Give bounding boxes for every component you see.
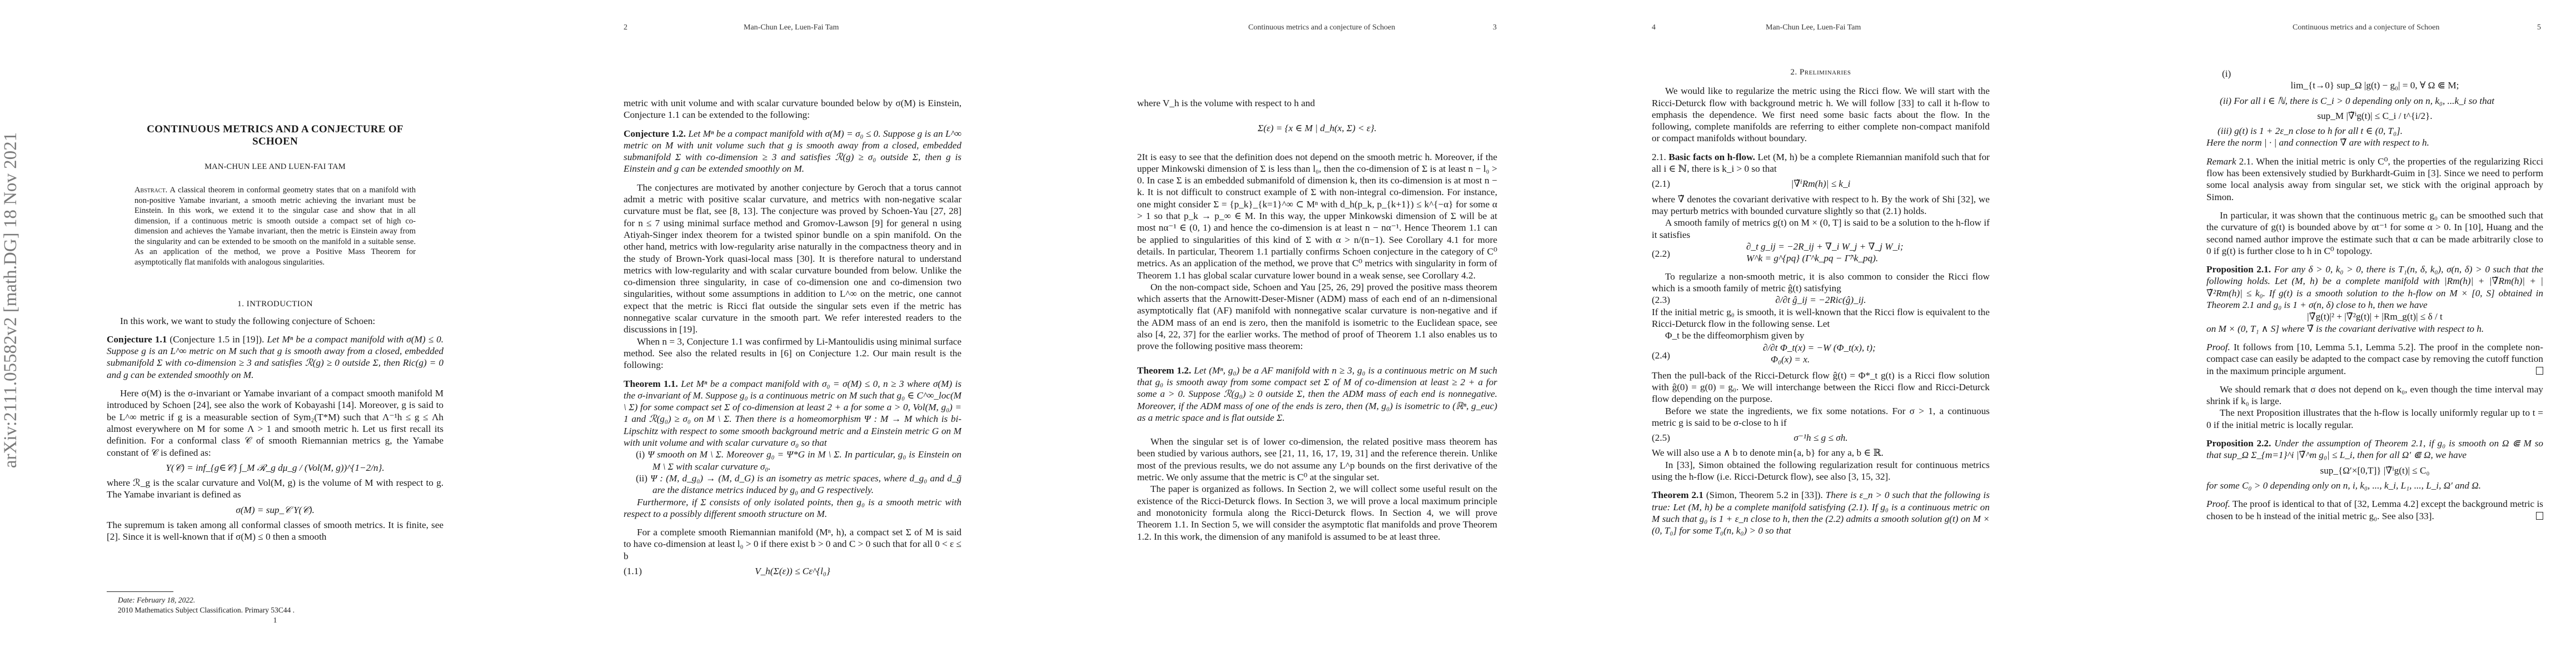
running-head: Man-Chun Lee, Luen-Fai Tam [744, 23, 839, 32]
page-5-body: (i) lim_{t→0} sup_Ω |g(t) − g₀| = 0, ∀ Ω… [2206, 68, 2543, 522]
paragraph: where V_h is the volume with respect to … [1137, 97, 1497, 109]
theorem-furthermore: Furthermore, if Σ consists of only isola… [624, 496, 961, 520]
theorem-item-i: (i) Ψ smooth on M \ Σ. Moreover g₀ = Ψ*G… [624, 449, 961, 472]
paragraph: The paper is organized as follows. In Se… [1137, 483, 1497, 542]
conjecture-1-2: Conjecture 1.2. Let Mⁿ be a compact mani… [624, 128, 961, 175]
paragraph: For a complete smooth Riemannian manifol… [624, 526, 961, 562]
paragraph: Before we state the ingredients, we fix … [1652, 405, 1990, 429]
footnote-msc: 2010 Mathematics Subject Classification.… [107, 605, 444, 615]
paragraph: When the singular set is of lower co-dim… [1137, 436, 1497, 483]
equation-yamabe-constant: Y(𝒞) = inf_{g∈𝒞} ∫_M ℛ_g dμ_g / (Vol(M, … [107, 462, 444, 474]
equation-1-1: (1.1) V_h(Σ(ε)) ≤ Cε^{l₀} [624, 565, 961, 577]
prop-2-1-tail: on M × (0, T₁ ∧ S] where ∇̃ is the covar… [2206, 323, 2543, 335]
equation-2-4: (2.4) ∂/∂t Φ_t(x) = −W (Φ_t(x), t); Φ₀(x… [1652, 342, 1990, 370]
equation-limit: lim_{t→0} sup_Ω |g(t) − g₀| = 0, ∀ Ω ⋐ M… [2206, 79, 2543, 91]
paragraph: where ℛ_g is the scalar curvature and Vo… [107, 477, 444, 501]
paragraph: Φ_t be the diffeomorphism given by [1652, 330, 1990, 341]
paragraph: where ∇̃ denotes the covariant derivativ… [1652, 193, 1990, 217]
equation-sup-derivative: sup_M |∇̃ⁱg(t)| ≤ C_i / t^{i/2}. [2206, 110, 2543, 122]
qed-box-icon [2536, 367, 2543, 375]
conjecture-1-1: Conjecture 1.1 (Conjecture 1.5 in [19]).… [107, 333, 444, 381]
paragraph: We should remark that σ does not depend … [2206, 384, 2543, 407]
subsection-2-1: 2.1. Basic facts on h-flow. Let (M, h) b… [1652, 151, 1990, 175]
item-iii: (iii) g(t) is 1 + 2ε_n close to h for al… [2206, 125, 2543, 137]
section-heading-introduction: 1. INTRODUCTION [107, 298, 444, 310]
paragraph: In [33], Simon obtained the following re… [1652, 459, 1990, 483]
paragraph: Here σ(M) is the σ-invariant or Yamabe i… [107, 387, 444, 459]
paragraph: metric with unit volume and with scalar … [624, 97, 961, 121]
intro-paragraph: In this work, we want to study the follo… [107, 315, 444, 327]
equation-2-2: (2.2) ∂_t g_ij = −2R_ij + ∇_i W_j + ∇_j … [1652, 241, 1990, 267]
footnotes: Date: February 18, 2022. 2010 Mathematic… [107, 588, 444, 625]
qed-box-icon [2536, 512, 2543, 520]
theorem-1-2: Theorem 1.2. Let (Mⁿ, g₀) be a AF manifo… [1137, 365, 1497, 424]
paragraph: We would like to regularize the metric u… [1652, 85, 1990, 144]
running-head: Man-Chun Lee, Luen-Fai Tam [1766, 23, 1861, 32]
paragraph: The next Proposition illustrates that th… [2206, 407, 2543, 431]
equation-prop-2-1: |∇̃g(t)|² + |∇̃²g(t)| + |Rm_g(t)| ≤ δ / … [2206, 311, 2543, 322]
paragraph: Then the pull-back of the Ricci-Deturck … [1652, 370, 1990, 405]
page-number: 5 [2537, 23, 2541, 32]
proposition-2-1: Proposition 2.1. For any δ > 0, k₀ > 0, … [2206, 263, 2543, 311]
paragraph: To regularize a non-smooth metric, it is… [1652, 271, 1990, 295]
theorem-1-1: Theorem 1.1. Let Mⁿ be a compact manifol… [624, 378, 961, 449]
footnote-rule [107, 591, 173, 592]
page-5: Continuous metrics and a conjecture of S… [2168, 0, 2576, 667]
page-number: 3 [1493, 23, 1497, 32]
equation-2-3: (2.3) ∂/∂t ĝ_ij = −2Ric(ĝ)_ij. [1652, 294, 1990, 306]
item-ii: (ii) For all i ∈ ℕ, there is C_i > 0 dep… [2206, 95, 2543, 107]
remark-2-1: Remark 2.1. When the initial metric is o… [2206, 156, 2543, 203]
theorem-2-1: Theorem 2.1 (Simon, Theorem 5.2 in [33])… [1652, 489, 1990, 536]
paragraph: We will also use a ∧ b to denote min{a, … [1652, 447, 1990, 459]
equation-sigma-epsilon: Σ(ε) = {x ∈ M | d_h(x, Σ) < ε}. [1137, 122, 1497, 134]
paragraph: 2It is easy to see that the definition d… [1137, 151, 1497, 281]
authors: MAN-CHUN LEE AND LUEN-FAI TAM [107, 161, 444, 173]
paragraph: The conjectures are motivated by another… [624, 182, 961, 336]
arxiv-stamp: arXiv:2111.05582v2 [math.DG] 18 Nov 2021 [2, 94, 19, 506]
page-3: Continuous metrics and a conjecture of S… [1137, 0, 1504, 667]
equation-2-5: (2.5) σ⁻¹h ≤ g ≤ σh. [1652, 432, 1990, 444]
equation-prop-2-2: sup_{Ω′×[0,T]} |∇̃ⁱg(t)| ≤ C₀ [2206, 465, 2543, 476]
running-head: Continuous metrics and a conjecture of S… [2293, 23, 2439, 32]
running-head: Continuous metrics and a conjecture of S… [1248, 23, 1395, 32]
paragraph: In particular, it was shown that the con… [2206, 210, 2543, 257]
page-number: 4 [1652, 23, 1656, 32]
equation-2-1: (2.1) |∇̃ⁱRm(h)| ≤ k_i [1652, 178, 1990, 190]
abstract: Abstract. A classical theorem in conform… [134, 185, 416, 267]
paragraph: On the non-compact side, Schoen and Yau … [1137, 281, 1497, 352]
footnote-date: Date: February 18, 2022. [107, 595, 444, 605]
abstract-label: Abstract. [134, 186, 167, 195]
page-2-body: metric with unit volume and with scalar … [624, 97, 961, 577]
item-i-label: (i) [2206, 68, 2543, 79]
paragraph: When n = 3, Conjecture 1.1 was confirmed… [624, 336, 961, 371]
page-2: 2 Man-Chun Lee, Luen-Fai Tam metric with… [621, 0, 971, 667]
prop-2-2-tail: for some C₀ > 0 depending only on n, i, … [2206, 480, 2543, 491]
page-1-body: CONTINUOUS METRICS AND A CONJECTURE OF S… [107, 123, 444, 543]
page-4: 4 Man-Chun Lee, Luen-Fai Tam 2. Prelimin… [1652, 0, 2041, 667]
page-4-body: 2. Preliminaries We would like to regula… [1652, 67, 1990, 537]
equation-number: (1.1) [624, 565, 642, 577]
page-1: arXiv:2111.05582v2 [math.DG] 18 Nov 2021… [0, 0, 515, 667]
proposition-2-2: Proposition 2.2. Under the assumption of… [2206, 437, 2543, 461]
paragraph: A smooth family of metrics g(t) on M × (… [1652, 217, 1990, 241]
theorem-item-ii: (ii) Ψ : (M, d_g₀) → (M, d_G) is an isom… [624, 472, 961, 496]
section-heading-preliminaries: 2. Preliminaries [1652, 67, 1990, 78]
paper-title: CONTINUOUS METRICS AND A CONJECTURE OF S… [107, 123, 444, 148]
page-3-body: where V_h is the volume with respect to … [1137, 97, 1497, 542]
proof-1: Proof. It follows from [10, Lemma 5.1, L… [2206, 341, 2543, 377]
paragraph: The supremum is taken among all conforma… [107, 519, 444, 543]
page-number: 2 [624, 23, 627, 32]
page-number: 1 [107, 615, 444, 625]
proof-2: Proof. The proof is identical to that of… [2206, 498, 2543, 522]
norm-note: Here the norm | · | and connection ∇̃ ar… [2206, 137, 2543, 148]
equation-yamabe-invariant: σ(M) = sup_𝒞 Y(𝒞). [107, 504, 444, 516]
paragraph: If the initial metric g₀ is smooth, it i… [1652, 306, 1990, 330]
